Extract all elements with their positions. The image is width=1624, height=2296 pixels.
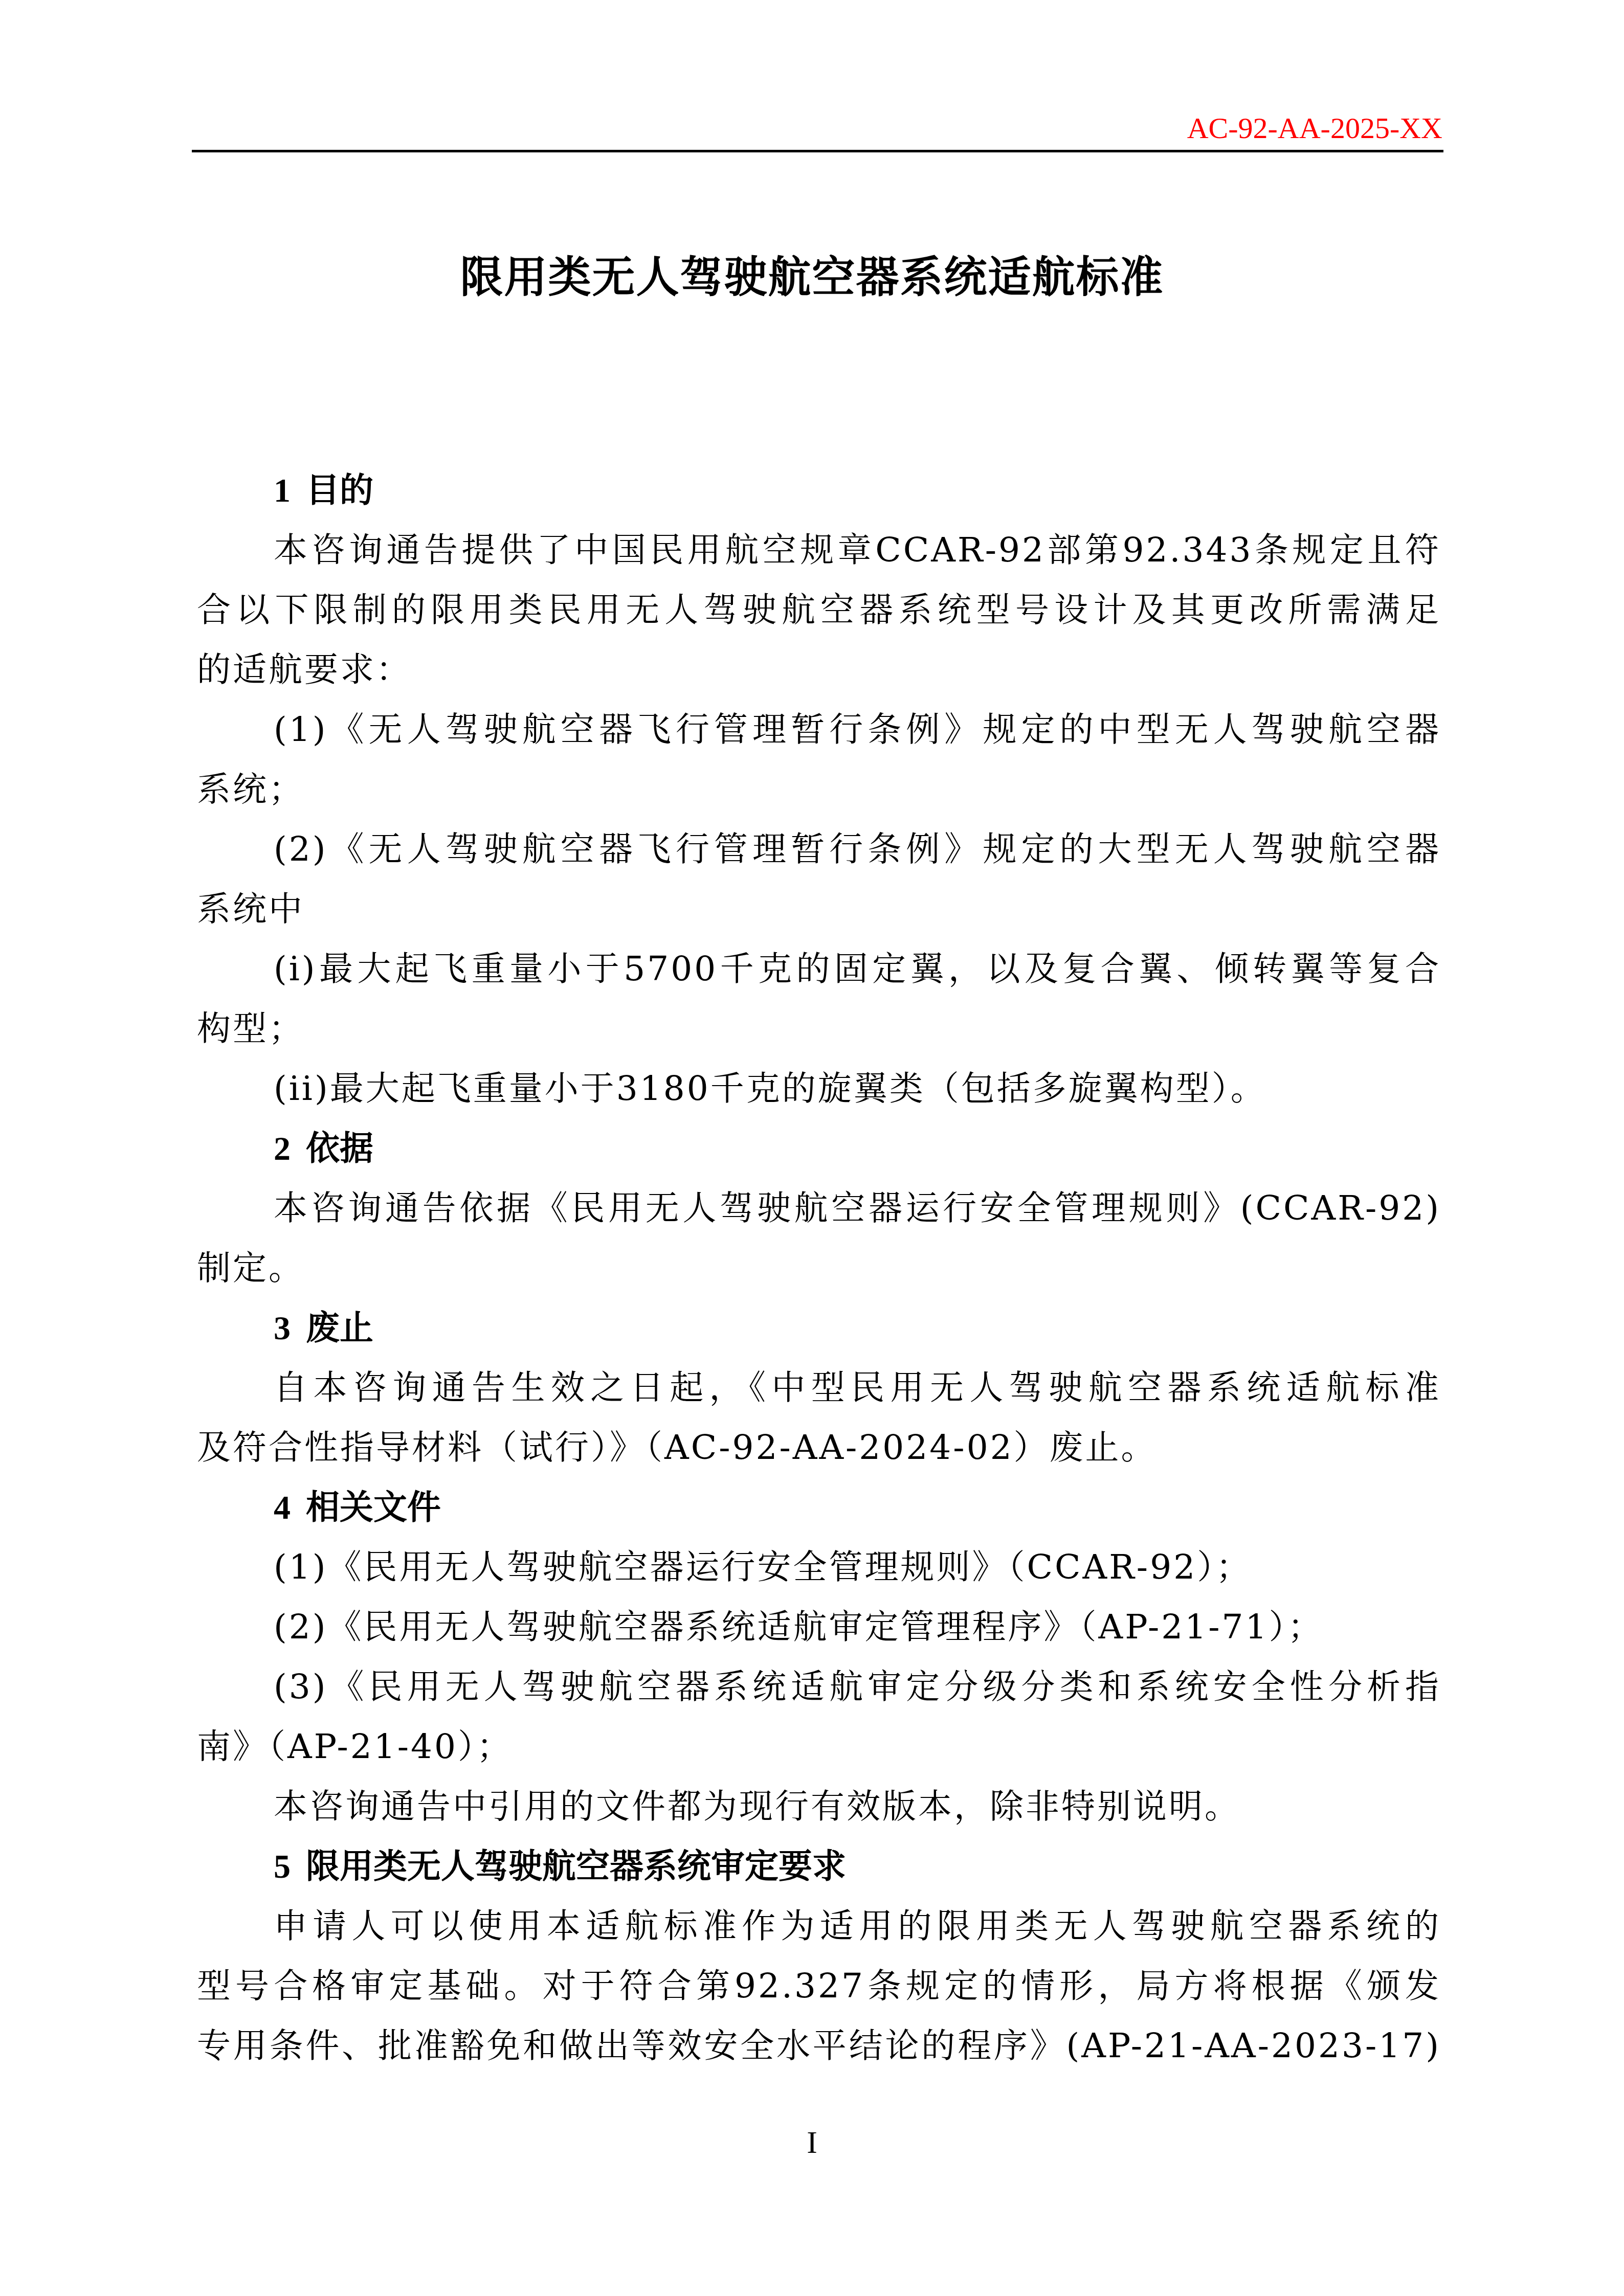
section-number: 5 (274, 1848, 291, 1885)
page-number: I (0, 2125, 1624, 2161)
paragraph-line: 型号合格审定基础。对于符合第92.327条规定的情形，局方将根据《颁发 (197, 1956, 1441, 2016)
document-body: 1目的本咨询通告提供了中国民用航空规章CCAR-92部第92.343条规定且符合… (197, 460, 1441, 2076)
section-heading: 5限用类无人驾驶航空器系统审定要求 (197, 1836, 1441, 1896)
paragraph-line: (ii)最大起飞重量小于3180千克的旋翼类（包括多旋翼构型）。 (197, 1059, 1441, 1118)
section-title: 相关文件 (306, 1488, 441, 1527)
paragraph-line: (i)最大起飞重量小于5700千克的固定翼，以及复合翼、倾转翼等复合 (197, 939, 1441, 999)
paragraph-line: 本咨询通告提供了中国民用航空规章CCAR-92部第92.343条规定且符 (197, 520, 1441, 580)
section-number: 4 (274, 1489, 291, 1526)
paragraph-line: 制定。 (197, 1238, 1441, 1298)
section-heading: 3废止 (197, 1298, 1441, 1358)
section-heading: 1目的 (197, 460, 1441, 520)
section-number: 2 (274, 1130, 291, 1167)
paragraph-line: 合以下限制的限用类民用无人驾驶航空器系统型号设计及其更改所需满足 (197, 580, 1441, 640)
section-heading: 4相关文件 (197, 1477, 1441, 1537)
paragraph-line: (3)《民用无人驾驶航空器系统适航审定分级分类和系统安全性分析指 (197, 1657, 1441, 1717)
paragraph-line: 南》（AP-21-40）； (197, 1717, 1441, 1776)
section-title: 废止 (306, 1308, 373, 1347)
section-title: 目的 (306, 470, 373, 510)
paragraph-line: 专用条件、批准豁免和做出等效安全水平结论的程序》(AP-21-AA-2023-1… (197, 2016, 1441, 2076)
header-divider (192, 150, 1443, 152)
paragraph-line: (1)《无人驾驶航空器飞行管理暂行条例》规定的中型无人驾驶航空器 (197, 700, 1441, 759)
paragraph-line: 构型； (197, 999, 1441, 1059)
section-title: 依据 (306, 1129, 373, 1168)
paragraph-line: 申请人可以使用本适航标准作为适用的限用类无人驾驶航空器系统的 (197, 1896, 1441, 1956)
section-number: 1 (274, 472, 291, 509)
paragraph-line: 及符合性指导材料（试行）》（AC-92-AA-2024-02）废止。 (197, 1417, 1441, 1477)
paragraph-line: 系统； (197, 759, 1441, 819)
paragraph-line: 本咨询通告中引用的文件都为现行有效版本，除非特别说明。 (197, 1776, 1441, 1836)
paragraph-line: 的适航要求： (197, 640, 1441, 700)
paragraph-line: (2)《民用无人驾驶航空器系统适航审定管理程序》（AP-21-71）； (197, 1597, 1441, 1657)
section-number: 3 (274, 1310, 291, 1347)
paragraph-line: (1)《民用无人驾驶航空器运行安全管理规则》（CCAR-92）； (197, 1537, 1441, 1597)
paragraph-line: 系统中 (197, 879, 1441, 939)
section-title: 限用类无人驾驶航空器系统审定要求 (306, 1847, 846, 1886)
paragraph-line: 本咨询通告依据《民用无人驾驶航空器运行安全管理规则》(CCAR-92) (197, 1178, 1441, 1238)
paragraph-line: (2)《无人驾驶航空器飞行管理暂行条例》规定的大型无人驾驶航空器 (197, 819, 1441, 879)
paragraph-line: 自本咨询通告生效之日起，《中型民用无人驾驶航空器系统适航标准 (197, 1358, 1441, 1417)
section-heading: 2依据 (197, 1118, 1441, 1178)
document-title: 限用类无人驾驶航空器系统适航标准 (0, 256, 1624, 299)
document-code: AC-92-AA-2025-XX (1187, 114, 1442, 143)
